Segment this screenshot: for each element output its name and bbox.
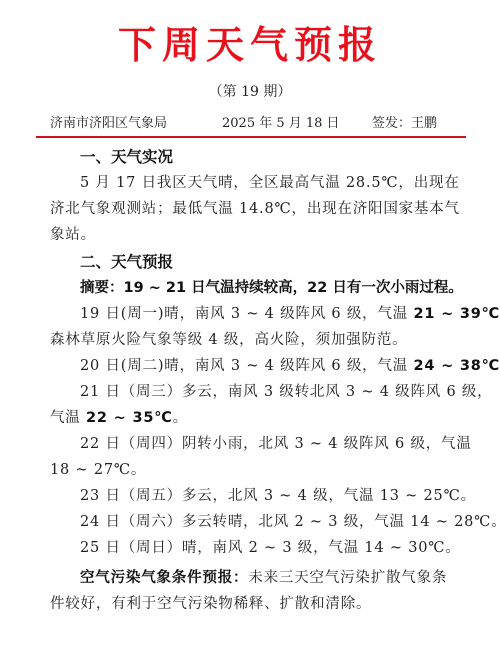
forecast-temp: 21 ~ 39℃	[413, 306, 500, 322]
forecast-day-20: 20 日(周二)晴，南风 3 ~ 4 级阵风 6 级，气温 24 ~ 38℃。	[80, 355, 465, 377]
air-quality-label: 空气污染气象条件预报：	[80, 570, 248, 586]
forecast-day-22-cont: 18 ~ 27℃。	[50, 459, 465, 481]
forecast-summary: 摘要：19 ~ 21 日气温持续较高，22 日有一次小雨过程。	[80, 277, 465, 299]
forecast-day-21: 21 日（周三）多云，南风 3 级转北风 3 ~ 4 级阵风 6 级，	[80, 381, 465, 403]
section-heading-observations: 一、天气实况	[80, 146, 465, 168]
observation-line: 济北气象观测站；最低气温 14.8℃，出现在济阳国家基本气	[50, 198, 465, 220]
forecast-day-24: 24 日（周六）多云转晴，北风 2 ~ 3 级，气温 14 ~ 28℃。	[80, 511, 465, 533]
forecast-day-21-cont: 气温 22 ~ 35℃。	[50, 407, 465, 429]
forecast-text: 19 日(周一)晴，南风 3 ~ 4 级阵风 6 级，气温	[80, 306, 413, 322]
forecast-text: 气温	[50, 410, 86, 426]
issuing-organization: 济南市济阳区气象局	[50, 114, 167, 134]
forecast-day-25: 25 日（周日）晴，南风 2 ~ 3 级，气温 14 ~ 30℃。	[80, 537, 465, 559]
air-quality-text: 未来三天空气污染扩散气象条	[248, 570, 447, 586]
forecast-temp: 24 ~ 38℃	[413, 358, 500, 374]
section-heading-forecast: 二、天气预报	[80, 251, 465, 273]
fire-risk-line: 森林草原火险气象等级 4 级，高火险，须加强防范。	[50, 329, 465, 351]
forecast-day-19: 19 日(周一)晴，南风 3 ~ 4 级阵风 6 级，气温 21 ~ 39℃。	[80, 303, 465, 325]
header-divider	[36, 136, 466, 138]
forecast-day-22: 22 日（周四）阴转小雨，北风 3 ~ 4 级阵风 6 级，气温	[80, 433, 465, 455]
air-quality-cont: 件较好，有利于空气污染物稀释、扩散和清除。	[50, 593, 465, 615]
document-meta: 济南市济阳区气象局 2025 年 5 月 18 日 签发：王鹏	[50, 114, 450, 134]
observation-line: 象站。	[50, 224, 465, 246]
forecast-day-23: 23 日（周五）多云，北风 3 ~ 4 级，气温 13 ~ 25℃。	[80, 485, 465, 507]
forecast-text: 。	[173, 410, 188, 426]
issue-number: （第 19 期）	[0, 82, 500, 102]
observation-line: 5 月 17 日我区天气晴，全区最高气温 28.5℃，出现在	[80, 172, 465, 194]
forecast-text: 20 日(周二)晴，南风 3 ~ 4 级阵风 6 级，气温	[80, 358, 413, 374]
issue-date: 2025 年 5 月 18 日	[222, 114, 340, 134]
air-quality-forecast: 空气污染气象条件预报：未来三天空气污染扩散气象条	[80, 567, 465, 589]
forecast-temp: 22 ~ 35℃	[86, 410, 173, 426]
document-title: 下周天气预报	[0, 20, 500, 70]
signed-by: 签发：王鹏	[372, 114, 437, 134]
